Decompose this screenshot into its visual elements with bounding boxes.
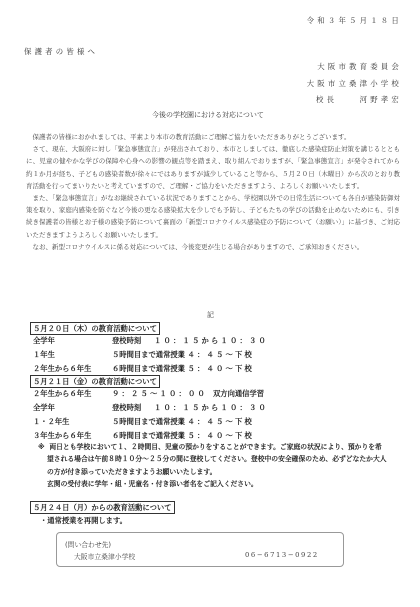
row-time: １５：４０〜下校 — [178, 431, 254, 441]
document-date: 令和３年５月１８日 — [307, 15, 402, 26]
row-activity: ９：２５〜１０：００ — [112, 389, 207, 399]
section-heading-may20: ５月２０日（木）の教育活動について — [30, 322, 160, 335]
paragraph-notice: なお、新型コロナウイルスに係る対応については、今後変更が生じる場合がありますので… — [26, 241, 400, 253]
row-grade: 全学年 — [33, 336, 55, 346]
contact-label: (問い合わせ先) — [65, 539, 111, 549]
paragraph-greeting: 保護者の皆様におかれましては、平素より本市の教育活動にご理解ご協力をいただきあり… — [26, 131, 400, 143]
row-grade: １・２年生 — [33, 417, 69, 427]
sender-board: 大阪市教育委員会 — [317, 61, 402, 72]
row-activity: ６時間目まで通常授業 — [112, 431, 185, 441]
contact-box: (問い合わせ先) 大阪市立桑津小学校 06−6713−0922 — [56, 532, 344, 567]
row-grade: ３年生から６年生 — [33, 431, 91, 441]
row-time: １５：４０〜下校 — [178, 364, 254, 374]
row-activity: ５時間目まで通常授業 — [112, 417, 185, 427]
row-time: １０：１５から１０：３０ — [154, 336, 268, 346]
note-block: ※ 両日とも学校において１、２時間目、児童の預かりをすることができます。ご家庭の… — [38, 441, 408, 491]
paragraph-request: また、「緊急事態宣言」がなお継続されている状況でありますことから、学校園以外での… — [26, 192, 400, 241]
section-heading-may24: ５月２４日（月）からの教育活動について — [30, 501, 175, 514]
row-time: １４：４５〜下校 — [178, 350, 254, 360]
note-line: 玄関の受付表に学年・組・児童名・付き添い者名をご記入ください。 — [38, 478, 408, 490]
sender-role: 校長 — [316, 94, 337, 105]
row-time: １０：１５から１０：３０ — [154, 403, 268, 413]
document-title: 今後の学校園における対応について — [152, 110, 264, 120]
note-mark: ※ — [38, 443, 45, 451]
row-activity: 登校時刻 — [112, 403, 141, 413]
paragraph-situation: さて、現在、大阪府に対し「緊急事態宣言」が発出されており、本市としましては、徹底… — [26, 143, 400, 192]
row-grade: １年生 — [33, 350, 55, 360]
note-line: ※ 両日とも学校において１、２時間目、児童の預かりをすることができます。ご家庭の… — [38, 441, 408, 453]
row-time: 双方向通信学習 — [213, 389, 264, 399]
note-line: 望される場合は午前８時１０分〜２５分の間に登校してください。登校中の安全確保のた… — [38, 453, 408, 465]
note-line: の方が付き添っていただきますようお願いいたします。 — [38, 466, 408, 478]
row-grade: ２年生から６年生 — [33, 364, 91, 374]
row-activity: 登校時刻 — [112, 336, 141, 346]
contact-school: 大阪市立桑津小学校 — [74, 551, 135, 561]
contact-phone: 06−6713−0922 — [245, 551, 319, 559]
body-text: 保護者の皆様におかれましては、平素より本市の教育活動にご理解ご協力をいただきあり… — [26, 131, 400, 253]
row-time: １４：４５〜下校 — [178, 417, 254, 427]
row-activity: ５時間目まで通常授業 — [112, 350, 185, 360]
sender-principal-name: 河野孝宏 — [360, 94, 402, 105]
addressee: 保護者の皆様へ — [24, 46, 98, 57]
row-grade: 全学年 — [33, 403, 55, 413]
resume-classes-note: ・通常授業を再開します。 — [40, 516, 127, 526]
row-grade: ２年生から６年生 — [33, 389, 91, 399]
ki-marker: 記 — [207, 310, 214, 320]
row-activity: ６時間目まで通常授業 — [112, 364, 185, 374]
section-heading-may21: ５月２１日（金）の教育活動について — [30, 375, 160, 388]
sender-school: 大阪市立桑津小学校 — [307, 78, 402, 89]
